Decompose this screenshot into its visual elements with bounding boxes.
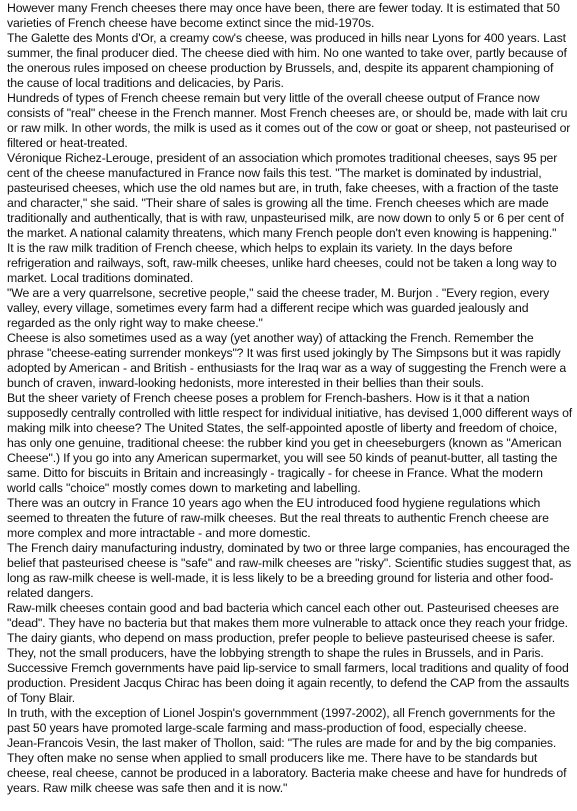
paragraph-galette-des-monts-dor: The Galette des Monts d'Or, a creamy cow… xyxy=(7,31,573,91)
document-body: However many French cheeses there may on… xyxy=(0,0,577,796)
paragraph-vesin-quote: Jean-Francois Vesin, the last maker of T… xyxy=(7,736,573,796)
paragraph-bacteria: Raw-milk cheeses contain good and bad ba… xyxy=(7,601,573,631)
paragraph-dairy-industry: The French dairy manufacturing industry,… xyxy=(7,541,573,601)
paragraph-dairy-giants: The dairy giants, who depend on mass pro… xyxy=(7,631,573,706)
paragraph-real-cheese: Hundreds of types of French cheese remai… xyxy=(7,91,573,151)
paragraph-french-governments: In truth, with the exception of Lionel J… xyxy=(7,706,573,736)
paragraph-attacking-the-french: Cheese is also sometimes used as a way (… xyxy=(7,331,573,391)
paragraph-eu-outcry: There was an outcry in France 10 years a… xyxy=(7,496,573,541)
paragraph-sheer-variety: But the sheer variety of French cheese p… xyxy=(7,391,573,496)
paragraph-richez-lerouge-quote: Véronique Richez-Lerouge, president of a… xyxy=(7,151,573,241)
paragraph-burjon-quote: "We are a very quarrelsone, secretive pe… xyxy=(7,286,573,331)
paragraph-raw-milk-tradition: It is the raw milk tradition of French c… xyxy=(7,241,573,286)
paragraph-extinct-varieties: However many French cheeses there may on… xyxy=(7,1,573,31)
